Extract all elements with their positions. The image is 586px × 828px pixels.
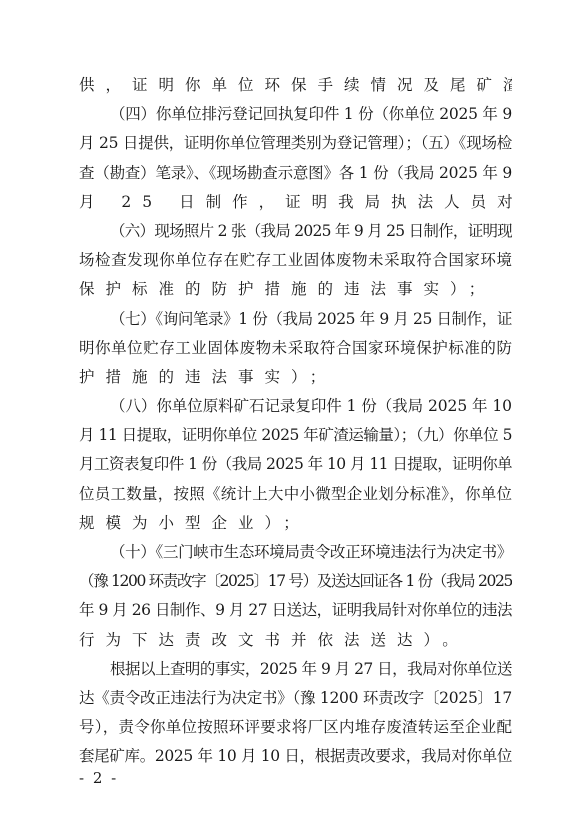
text-line: 保护标准的防护措施的违法事实）； [79,275,512,304]
document-page: 供，证明你单位环保手续情况及尾矿渣类别、处理要求）；（四）你单位排污登记回执复印… [0,0,586,828]
text-line: 位员工数量，按照《统计上大中小微型企业划分标准》，你单位 [79,480,512,509]
text-line: 达《责令改正违法行为决定书》（豫 1200 环责改字〔2025〕17 [79,684,512,713]
paragraph-first-line: 根据以上查明的事实，2025 年 9 月 27 日，我局对你单位送 [79,655,512,684]
text-line: 年 9 月 26 日制作、9 月 27 日送达，证明我局针对你单位的违法 [79,596,512,625]
paragraph-first-line: （八）你单位原料矿石记录复印件 1 份（我局 2025 年 10 [79,392,512,421]
page-number: - 2 - [79,769,118,787]
paragraph-first-line: （四）你单位排污登记回执复印件 1 份（你单位 2025 年 9 [79,100,512,129]
paragraph-first-line: （十）《三门峡市生态环境局责令改正环境违法行为决定书》 [79,538,512,567]
text-line: 查（勘查）笔录》、《现场勘查示意图》各 1 份（我局 2025 年 9 [79,159,512,188]
text-line: 套尾矿库。2025 年 10 月 10 日，根据责改要求，我局对你单位 [79,742,512,771]
text-line: 供，证明你单位环保手续情况及尾矿渣类别、处理要求）； [79,71,512,100]
text-line: 月 11 日提取，证明你单位 2025 年矿渣运输量）；（九）你单位 5 [79,421,512,450]
paragraph-first-line: （七）《询问笔录》1 份（我局 2025 年 9 月 25 日制作，证 [79,305,512,334]
text-line: 月工资表复印件 1 份（我局 2025 年 10 月 11 日提取，证明你单 [79,450,512,479]
paragraph-first-line: （六）现场照片 2 张（我局 2025 年 9 月 25 日制作，证明现 [79,217,512,246]
text-line: 行为下达责改文书并依法送达）。 [79,626,512,655]
text-line: 明你单位贮存工业固体废物未采取符合国家环境保护标准的防 [79,334,512,363]
body-text: 供，证明你单位环保手续情况及尾矿渣类别、处理要求）；（四）你单位排污登记回执复印… [79,71,512,772]
text-line: 规模为小型企业）； [79,509,512,538]
text-line: 护措施的违法事实）； [79,363,512,392]
text-line: 号），责令你单位按照环评要求将厂区内堆存废渣转运至企业配 [79,713,512,742]
text-line: 月 25 日制作，证明我局执法人员对你单位进行现场勘查情况）； [79,188,512,217]
text-line: （豫 1200 环责改字〔2025〕17 号）及送达回证各 1 份（我局 202… [79,567,512,596]
text-line: 场检查发现你单位存在贮存工业固体废物未采取符合国家环境 [79,246,512,275]
text-line: 月 25 日提供，证明你单位管理类别为登记管理）；（五）《现场检 [79,129,512,158]
